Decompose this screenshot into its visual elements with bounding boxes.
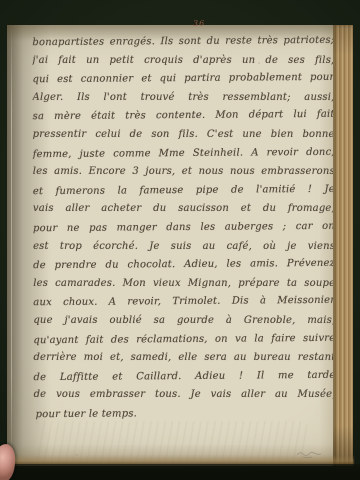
letter-line: femme, juste comme Mme Steinheil. A revo… bbox=[33, 143, 335, 164]
letter-line: les camarades. Mon vieux Mignan, prépare… bbox=[33, 275, 335, 294]
letter-line: pour ne pas manger dans les auberges ; c… bbox=[33, 218, 335, 239]
letter-line: de prendre du chocolat. Adieu, les amis.… bbox=[33, 255, 335, 276]
letter-line: de vous embrasser tous. Je vais aller au… bbox=[34, 386, 336, 405]
gutter-crease bbox=[11, 25, 12, 466]
mat-bottom-band bbox=[0, 464, 360, 480]
letter-line: Alger. Ils l'ont trouvé très ressemblant… bbox=[33, 89, 335, 108]
letter-line: pressentir celui de son fils. C'est une … bbox=[33, 126, 335, 145]
letter-line: et fumerons la fameuse pipe de l'amitié … bbox=[33, 181, 335, 202]
letter-line: bonapartistes enragés. Ils sont du reste… bbox=[32, 32, 334, 53]
letter-line: vais aller acheter du saucisson et du fr… bbox=[33, 200, 335, 219]
letter-line: de Laffitte et Caillard. Adieu ! Il me t… bbox=[33, 367, 335, 388]
letter-line: j'ai fait un petit croquis d'après un de… bbox=[32, 52, 334, 71]
book-fore-edge bbox=[333, 25, 353, 466]
folio-number: 36 bbox=[193, 19, 205, 28]
letter-line: qu'ayant fait des réclamations, on va la… bbox=[33, 329, 335, 350]
letter-line: est trop écorché. Je suis au café, où je… bbox=[33, 238, 335, 257]
letter-line: les amis. Encore 3 jours, et nous nous e… bbox=[33, 163, 335, 182]
letter-line: qui est canonnier et qui partira probabl… bbox=[32, 69, 334, 90]
photo-background: bonapartistes enragés. Ils sont du reste… bbox=[0, 0, 360, 480]
letter-line: que j'avais oublié sa gourde à Grenoble,… bbox=[33, 312, 335, 331]
letter-line: sa mère était très contente. Mon départ … bbox=[33, 106, 335, 127]
letter-line: derrière moi et, samedi, elle sera au bu… bbox=[33, 349, 335, 368]
letter-text: bonapartistes enragés. Ils sont du reste… bbox=[32, 32, 335, 424]
manuscript-page: bonapartistes enragés. Ils sont du reste… bbox=[7, 25, 353, 466]
letter-line: aux choux. A revoir, Trimolet. Dis à Mei… bbox=[33, 292, 335, 313]
